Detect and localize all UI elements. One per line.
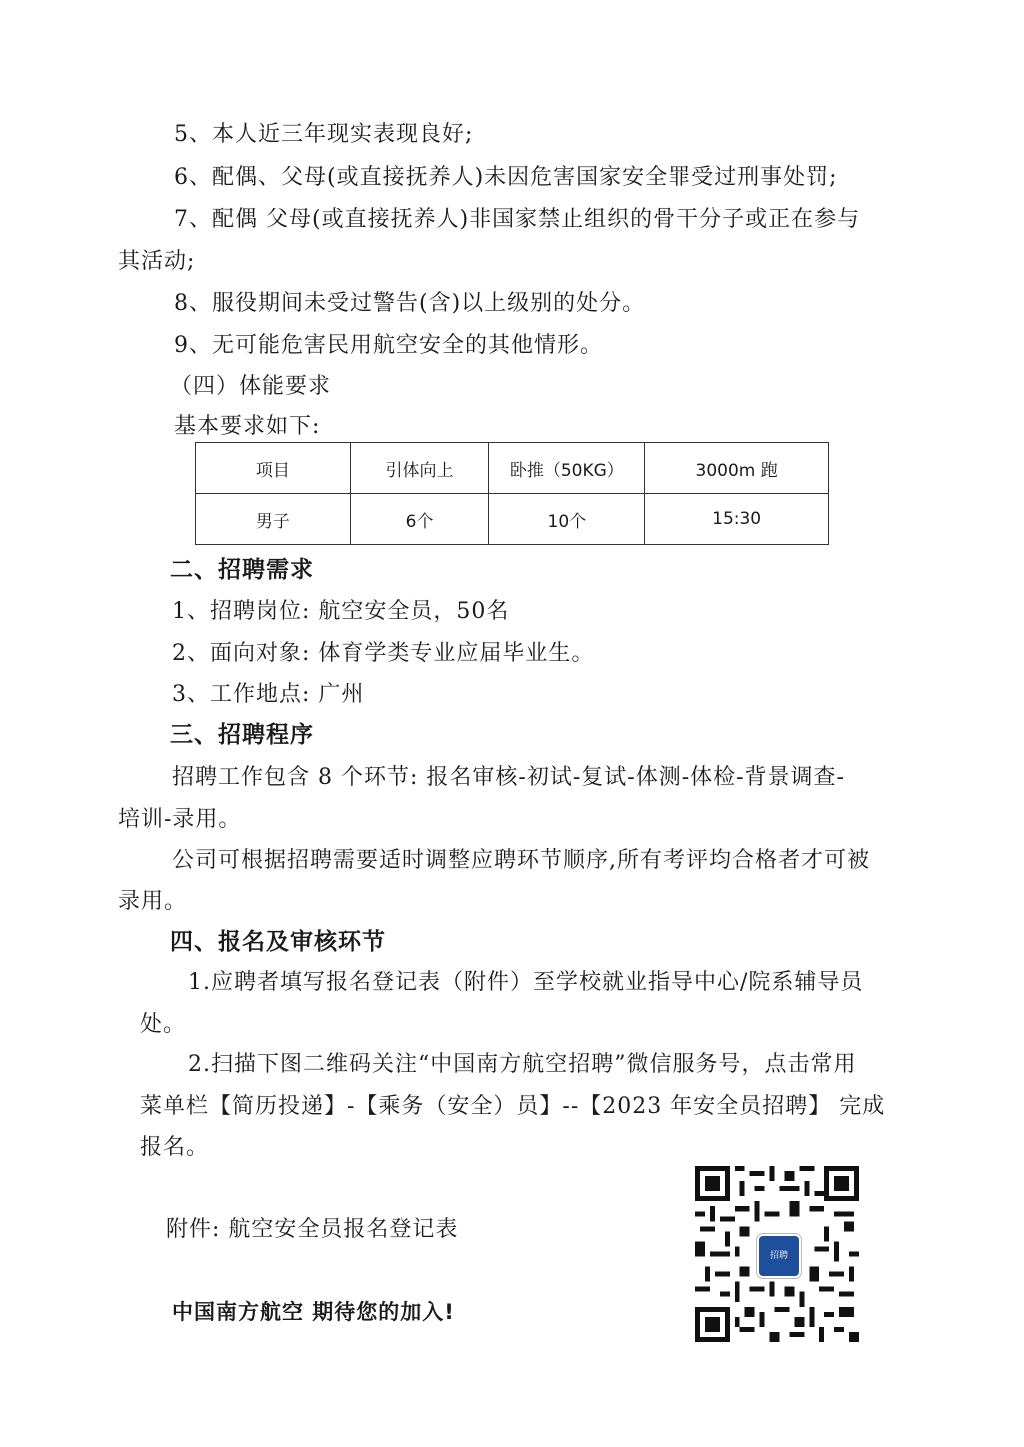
table-cell: 15:30 <box>645 494 829 545</box>
table-header-cell: 卧推（50KG） <box>489 443 645 494</box>
table-header-cell: 引体向上 <box>350 443 489 494</box>
table-cell: 6个 <box>350 494 489 545</box>
condition-item-7-line2: 其活动; <box>118 247 195 277</box>
procedure-para2-line1: 公司可根据招聘需要适时调整应聘环节顺序,所有考评均合格者才可被 <box>172 846 870 876</box>
procedure-para2-line2: 录用。 <box>118 887 187 917</box>
procedure-para1-line2: 培训-录用。 <box>118 805 241 835</box>
signup-step2-line3: 报名。 <box>140 1133 209 1163</box>
recruit-position: 1、招聘岗位: 航空安全员，50名 <box>172 597 509 627</box>
condition-item-7-line1: 7、配偶 父母(或直接抚养人)非国家禁止组织的骨干分子或正在参与 <box>174 205 860 235</box>
signup-step2-line1: 2.扫描下图二维码关注“中国南方航空招聘”微信服务号，点击常用 <box>188 1050 857 1080</box>
table-cell: 10个 <box>489 494 645 545</box>
qr-recruit-logo: 招聘 <box>757 1234 801 1278</box>
table-header-cell: 项目 <box>196 443 351 494</box>
table-cell: 男子 <box>196 494 351 545</box>
fitness-heading: （四）体能要求 <box>170 372 331 402</box>
closing-slogan: 中国南方航空 期待您的加入! <box>172 1297 455 1327</box>
table-header-cell: 3000m 跑 <box>645 443 829 494</box>
signup-step1-line2: 处。 <box>140 1010 186 1040</box>
signup-step2-line2: 菜单栏【简历投递】-【乘务（安全）员】--【2023 年安全员招聘】 完成 <box>140 1092 885 1122</box>
attachment-note: 附件: 航空安全员报名登记表 <box>166 1215 458 1245</box>
section-3-heading: 三、招聘程序 <box>170 720 314 750</box>
table-row: 男子 6个 10个 15:30 <box>196 494 829 545</box>
procedure-para1-line1: 招聘工作包含 8 个环节: 报名审核-初试-复试-体测-体检-背景调查- <box>172 763 845 793</box>
condition-item-5: 5、本人近三年现实表现良好; <box>174 120 473 150</box>
fitness-intro: 基本要求如下: <box>174 412 320 442</box>
section-2-heading: 二、招聘需求 <box>170 555 314 585</box>
condition-item-6: 6、配偶、父母(或直接抚养人)未因危害国家安全罪受过刑事处罚; <box>174 163 838 193</box>
fitness-requirements-table: 项目 引体向上 卧推（50KG） 3000m 跑 男子 6个 10个 15:30 <box>195 442 829 545</box>
section-4-heading: 四、报名及审核环节 <box>170 927 386 957</box>
recruit-target: 2、面向对象: 体育学类专业应届毕业生。 <box>172 639 594 669</box>
recruit-location: 3、工作地点: 广州 <box>172 680 364 710</box>
condition-item-8: 8、服役期间未受过警告(含)以上级别的处分。 <box>174 289 645 319</box>
table-header-row: 项目 引体向上 卧推（50KG） 3000m 跑 <box>196 443 829 494</box>
signup-step1-line1: 1.应聘者填写报名登记表（附件）至学校就业指导中心/院系辅导员 <box>188 968 863 998</box>
condition-item-9: 9、无可能危害民用航空安全的其他情形。 <box>174 331 603 361</box>
